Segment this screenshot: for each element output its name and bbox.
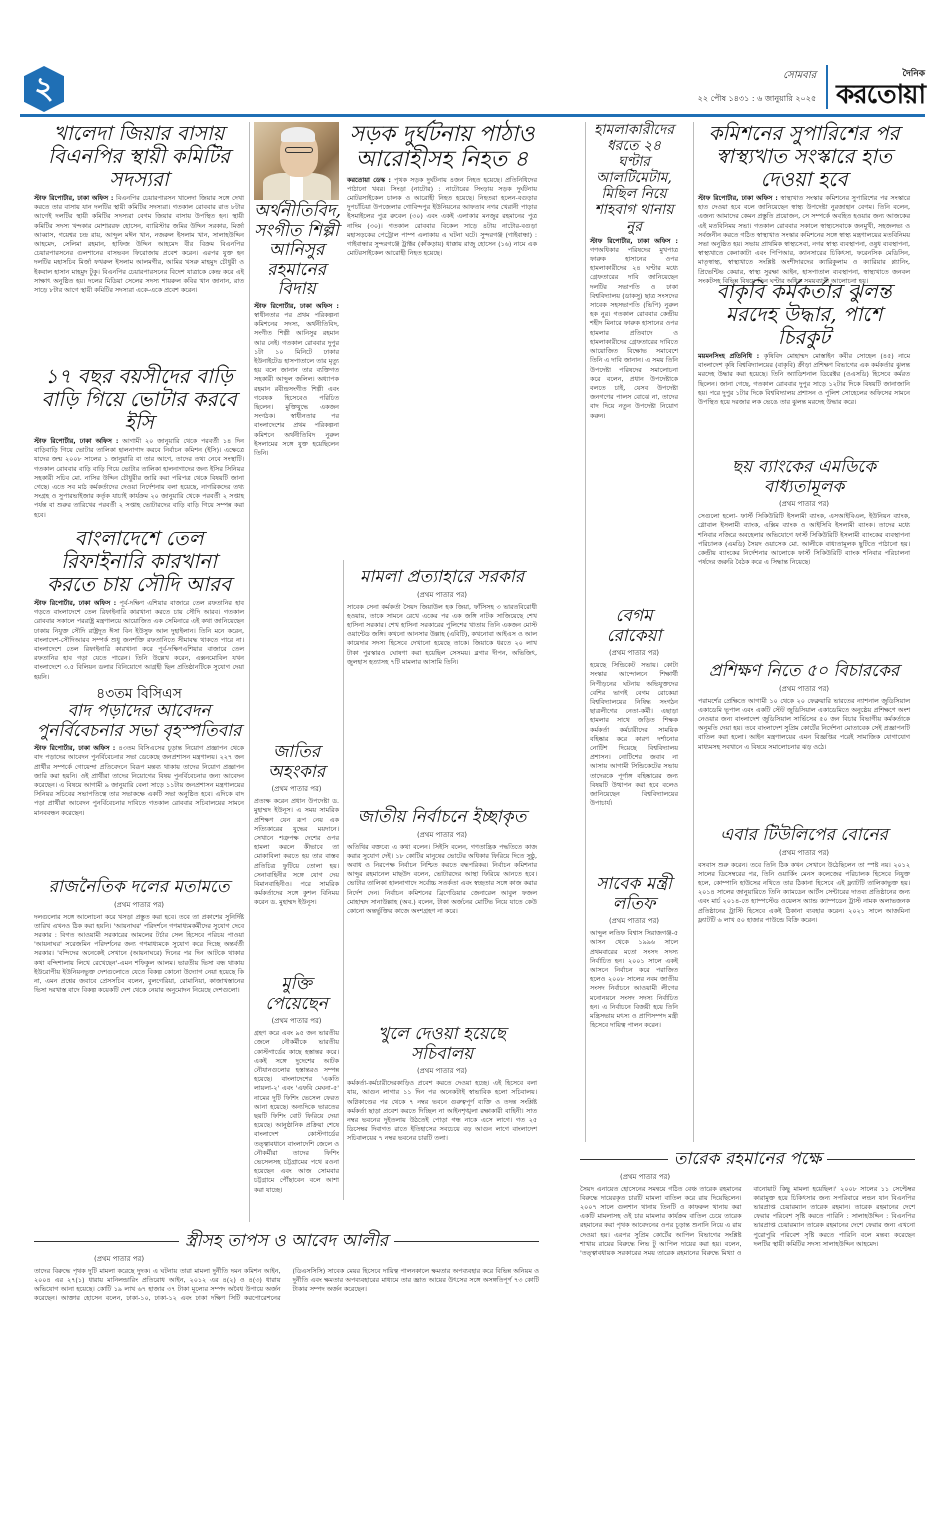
continued-label: (প্রথম পাতার পর) bbox=[254, 1015, 339, 1027]
continued-label: (প্রথম পাতার পর) bbox=[590, 915, 678, 927]
article-latif: সাবেক মন্ত্রী লতিফ (প্রথম পাতার পর) আব্দ… bbox=[590, 875, 678, 1030]
article-bank: ছয় ব্যাংকের এমডিকে বাধ্যতামূলক (প্রথম প… bbox=[698, 458, 910, 567]
headline: ছয় ব্যাংকের এমডিকে বাধ্যতামূলক bbox=[698, 458, 910, 497]
continued-label: (প্রথম পাতার পর) bbox=[347, 829, 537, 841]
article-text: গণঅধিকার পরিষদের মুখপাত্র ফারুক হাসানের … bbox=[590, 246, 678, 420]
article-text: ৪৩তম বিসিএসের চূড়ান্ত নিয়োগ প্রজ্ঞাপন … bbox=[34, 744, 244, 816]
masthead-rule bbox=[20, 114, 925, 117]
article-text: অতিথির বক্তব্যে এ কথা বলেন। সিইসি বলেন, … bbox=[347, 843, 537, 917]
article-rokeya: বেগম রোকেয়া (প্রথম পাতার পর) হয়েছে সিন… bbox=[590, 607, 678, 808]
headline: তারেক রহমানের পক্ষে bbox=[674, 1150, 822, 1170]
article-bicharok: প্রশিক্ষণ নিতে ৫০ বিচারকের (প্রথম পাতার … bbox=[698, 662, 910, 752]
article-text: প্রত্যক্ষ করেন প্রধান উপদেষ্টা ড. মুহাম্… bbox=[254, 797, 339, 907]
article-jatiyo: জাতীয় নির্বাচনে ইচ্ছাকৃত (প্রথম পাতার প… bbox=[347, 808, 537, 916]
headline-row: তারেক রহমানের পক্ষে bbox=[580, 1150, 915, 1170]
headline: এবার টিউলিপের বোনের bbox=[698, 826, 910, 846]
headline: খালেদা জিয়ার বাসায় বিএনপির স্থায়ী কমি… bbox=[34, 122, 244, 191]
article-text: আগামী ২০ জানুয়ারি থেকে পরবর্তী ১৪ দিন ব… bbox=[34, 437, 244, 519]
headline: হামলাকারীদের ধরতে ২৪ ঘণ্টার আলটিমেটাম, ম… bbox=[590, 122, 678, 235]
byline: স্টাফ রিপোর্টার, ঢাকা অফিস : bbox=[254, 302, 339, 310]
page-number-badge: ২ bbox=[24, 66, 64, 112]
headline-rule-right bbox=[827, 1159, 915, 1160]
article-health: কমিশনের সুপারিশের পর স্বাস্থ্যখাত সংস্কা… bbox=[698, 122, 910, 286]
article-text: স্বাধীনতার পর প্রথম পরিকল্পনা কমিশনের সদ… bbox=[254, 311, 339, 457]
headline: জাতির অহংকার bbox=[254, 743, 339, 782]
byline: ময়মনসিংহ প্রতিনিধি : bbox=[698, 352, 759, 360]
article-tulip: এবার টিউলিপের বোনের (প্রথম পাতার পর) বসব… bbox=[698, 826, 910, 925]
column-rule bbox=[585, 122, 586, 1142]
headline: ১৭ বছর বয়সীদের বাড়ি বাড়ি গিয়ে ভোটার … bbox=[34, 365, 244, 434]
article-body: স্টাফ রিপোর্টার, ঢাকা অফিস : পূর্ব-দক্ষি… bbox=[34, 599, 244, 682]
headline: বাদ পড়াদের আবেদন পুনর্বিবেচনার সভা বৃহস… bbox=[34, 702, 244, 741]
article-text: পূর্ব-দক্ষিণ এশিয়ার বাজারে তেল রফতানির … bbox=[34, 599, 244, 681]
masthead: ২ সোমবার ২২ পৌষ ১৪৩১ : ৬ জানুয়ারি ২০২৫ … bbox=[20, 62, 925, 114]
headline: জাতীয় নির্বাচনে ইচ্ছাকৃত bbox=[347, 808, 537, 828]
article-text: তাদের বিরুদ্ধে পৃথক দুটি মামলা করেছে দুদ… bbox=[34, 1267, 539, 1304]
column-rule bbox=[343, 560, 344, 1200]
continued-label: (প্রথম পাতার পর) bbox=[34, 899, 244, 911]
article-text: বিএনপির চেয়ারপারসন খালেদা জিয়ার সঙ্গে … bbox=[34, 194, 244, 294]
byline: স্টাফ রিপোর্টার, ঢাকা অফিস : bbox=[590, 237, 678, 245]
article-mukti: মুক্তি পেয়েছেন (প্রথম পাতার পর) গ্রহণ ক… bbox=[254, 975, 339, 1195]
article-text: সেগুলো হলো- ফার্স্ট সিকিউরিটি ইসলামী ব্য… bbox=[698, 512, 910, 567]
headline: মামলা প্রত্যাহারে সরকার bbox=[347, 568, 537, 588]
continued-label: (প্রথম পাতার পর) bbox=[94, 1253, 539, 1265]
headline: সাবেক মন্ত্রী লতিফ bbox=[590, 875, 678, 914]
article-text: স্বাস্থ্যখাত সংস্কার কমিশনের সুপারিশের প… bbox=[698, 194, 910, 285]
byline: স্টাফ রিপোর্টার, ঢাকা অফিস : bbox=[34, 744, 115, 752]
headline: বেগম রোকেয়া bbox=[590, 607, 678, 646]
byline: স্টাফ রিপোর্টার, ঢাকা অফিস : bbox=[698, 194, 778, 202]
article-tarek: তারেক রহমানের পক্ষে (প্রথম পাতার পর) সৈয… bbox=[580, 1150, 915, 1258]
article-text: আব্দুল লতিফ বিশ্বাস সিরাজগঞ্জ-৫ আসন থেকে… bbox=[590, 929, 678, 1030]
continued-label: (প্রথম পাতার পর) bbox=[347, 589, 537, 601]
headline: স্ত্রীসহ তাপস ও আবেদ আলীর bbox=[185, 1232, 388, 1252]
issue-day: সোমবার bbox=[698, 68, 816, 85]
continued-label: (প্রথম পাতার পর) bbox=[347, 1065, 537, 1077]
headline-rule-right bbox=[394, 1241, 539, 1242]
headline-row: স্ত্রীসহ তাপস ও আবেদ আলীর bbox=[34, 1232, 539, 1252]
article-political: রাজনৈতিক দলের মতামতে (প্রথম পাতার পর) দল… bbox=[34, 878, 244, 995]
headline: বাংলাদেশে তেল রিফাইনারি কারখানা করতে চায… bbox=[34, 527, 244, 596]
article-mamla: মামলা প্রত্যাহারে সরকার (প্রথম পাতার পর)… bbox=[347, 568, 537, 667]
continued-label: (প্রথম পাতার পর) bbox=[698, 683, 910, 695]
continued-label: (প্রথম পাতার পর) bbox=[698, 498, 910, 510]
kicker: ৪৩তম বিসিএস bbox=[34, 686, 244, 702]
headline: অর্থনীতিবিদ, সংগীত শিল্পী আনিসুর রহমানের… bbox=[254, 202, 339, 300]
column-rule bbox=[693, 122, 694, 1142]
article-text: পরামর্শের প্রেক্ষিতে আগামী ১০ থেকে ২০ ফে… bbox=[698, 697, 910, 752]
byline: করতোয়া ডেস্ক : bbox=[347, 176, 391, 184]
newspaper-page: ২ সোমবার ২২ পৌষ ১৪৩১ : ৬ জানুয়ারি ২০২৫ … bbox=[0, 0, 945, 1519]
article-text: হয়েছে সিন্ডিকেট সভায়। কোটা সংস্কার আন্… bbox=[590, 661, 678, 808]
masthead-divider bbox=[826, 65, 828, 109]
headline: রাজনৈতিক দলের মতামতে bbox=[34, 878, 244, 898]
logo-small-text: দৈনিক bbox=[836, 66, 925, 81]
issue-date-block: সোমবার ২২ পৌষ ১৪৩১ : ৬ জানুয়ারি ২০২৫ bbox=[698, 68, 816, 106]
article-text: পৃথক সড়ক দুর্ঘটনায় ৪জন নিহত হয়েছে। প্… bbox=[347, 176, 537, 258]
anisur-rahman-photo bbox=[254, 122, 339, 200]
article-body: করতোয়া ডেস্ক : পৃথক সড়ক দুর্ঘটনায় ৪জন… bbox=[347, 176, 537, 259]
continued-label: (প্রথম পাতার পর) bbox=[254, 783, 339, 795]
article-saudi: বাংলাদেশে তেল রিফাইনারি কারখানা করতে চায… bbox=[34, 527, 244, 682]
newspaper-logo: দৈনিক করতোয়া bbox=[836, 66, 925, 109]
article-text: দলগুলোর সঙ্গে আলোচনা করে খসড়া প্রস্তুত … bbox=[34, 913, 244, 996]
article-hamla: হামলাকারীদের ধরতে ২৪ ঘণ্টার আলটিমেটাম, ম… bbox=[590, 122, 678, 421]
byline: স্টাফ রিপোর্টার, ঢাকা অফিস : bbox=[34, 599, 116, 607]
logo-title: করতোয়া bbox=[836, 81, 925, 109]
headline: প্রশিক্ষণ নিতে ৫০ বিচারকের bbox=[698, 662, 910, 682]
continued-label: (প্রথম পাতার পর) bbox=[698, 847, 910, 859]
continued-label: (প্রথম পাতার পর) bbox=[590, 647, 678, 659]
headline-rule-left bbox=[34, 1241, 179, 1242]
article-bakrubi: বাকৃবি কর্মকর্তার ঝুলন্ত মরদেহ উদ্ধার, প… bbox=[698, 280, 910, 407]
article-text: সৈয়দ এনায়েত হোসেনের সমন্বয়ে গঠিত বেঞ্… bbox=[580, 1185, 915, 1259]
article-body: স্টাফ রিপোর্টার, ঢাকা অফিস : ৪৩তম বিসিএস… bbox=[34, 744, 244, 818]
article-text: কৃষিবিদ মোহাম্মদ মোস্তাইন কবীর সোহেল (৪৫… bbox=[698, 352, 910, 406]
article-anisur: অর্থনীতিবিদ, সংগীত শিল্পী আনিসুর রহমানের… bbox=[254, 122, 339, 458]
headline: কমিশনের সুপারিশের পর স্বাস্থ্যখাত সংস্কা… bbox=[698, 122, 910, 191]
article-body: স্টাফ রিপোর্টার, ঢাকা অফিস : বিএনপির চেয… bbox=[34, 194, 244, 295]
article-tapos: স্ত্রীসহ তাপস ও আবেদ আলীর (প্রথম পাতার প… bbox=[34, 1232, 539, 1303]
continued-label: (প্রথম পাতার পর) bbox=[620, 1171, 915, 1183]
column-rule bbox=[249, 122, 250, 1222]
article-voter: ১৭ বছর বয়সীদের বাড়ি বাড়ি গিয়ে ভোটার … bbox=[34, 365, 244, 520]
article-body: স্টাফ রিপোর্টার, ঢাকা অফিস : গণঅধিকার পর… bbox=[590, 237, 678, 421]
article-body: ময়মনসিংহ প্রতিনিধি : কৃষিবিদ মোহাম্মদ ম… bbox=[698, 352, 910, 407]
headline: মুক্তি পেয়েছেন bbox=[254, 975, 339, 1014]
headline: খুলে দেওয়া হয়েছে সচিবালয় bbox=[347, 1025, 537, 1064]
headline: বাকৃবি কর্মকর্তার ঝুলন্ত মরদেহ উদ্ধার, প… bbox=[698, 280, 910, 349]
article-secretariat: খুলে দেওয়া হয়েছে সচিবালয় (প্রথম পাতার… bbox=[347, 1025, 537, 1144]
headline-rule-left bbox=[580, 1159, 668, 1160]
article-bcs: ৪৩তম বিসিএস বাদ পড়াদের আবেদন পুনর্বিবেচ… bbox=[34, 686, 244, 818]
article-body: স্টাফ রিপোর্টার, ঢাকা অফিস : স্বাধীনতার … bbox=[254, 302, 339, 458]
article-text: সাবেক সেনা কর্মকর্তা সৈয়দ জিয়াউল হক জি… bbox=[347, 603, 537, 667]
article-body: স্টাফ রিপোর্টার, ঢাকা অফিস : আগামী ২০ জা… bbox=[34, 437, 244, 520]
byline: স্টাফ রিপোর্টার, ঢাকা অফিস : bbox=[34, 194, 113, 202]
masthead-right: সোমবার ২২ পৌষ ১৪৩১ : ৬ জানুয়ারি ২০২৫ দৈ… bbox=[698, 64, 925, 110]
article-body: স্টাফ রিপোর্টার, ঢাকা অফিস : স্বাস্থ্যখা… bbox=[698, 194, 910, 286]
article-road-accident: সড়ক দুর্ঘটনায় পাঠাও আরোহীসহ নিহত ৪ করত… bbox=[347, 122, 537, 258]
article-text: কর্মকর্তা-কর্মচারীদেরকাড়িও প্রবেশ করতে … bbox=[347, 1079, 537, 1143]
byline: স্টাফ রিপোর্টার, ঢাকা অফিস : bbox=[34, 437, 118, 445]
article-jatir: জাতির অহংকার (প্রথম পাতার পর) প্রত্যক্ষ … bbox=[254, 743, 339, 908]
headline: সড়ক দুর্ঘটনায় পাঠাও আরোহীসহ নিহত ৪ bbox=[347, 122, 537, 173]
article-text: গ্রহণ করে এবং ৯৫ জন ভারতীয় জেলে নৌকর্মী… bbox=[254, 1029, 339, 1195]
article-khaleda: খালেদা জিয়ার বাসায় বিএনপির স্থায়ী কমি… bbox=[34, 122, 244, 295]
article-text: বসবাস শুরু করেন। তবে তিনি ঠিক কখন সেখানে… bbox=[698, 861, 910, 925]
issue-date: ২২ পৌষ ১৪৩১ : ৬ জানুয়ারি ২০২৫ bbox=[698, 93, 816, 106]
